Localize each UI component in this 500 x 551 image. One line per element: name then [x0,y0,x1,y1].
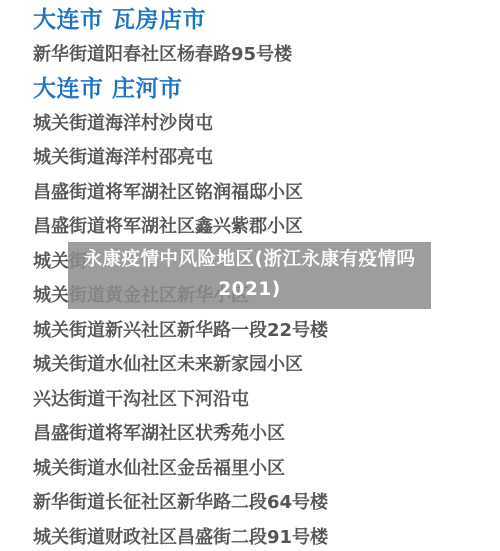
address-item: 新华街道长征社区新华路二段64号楼 [33,486,493,521]
address-item: 城关街道海洋村邵亮屯 [33,141,493,176]
address-item: 昌盛街道将军湖社区状秀苑小区 [33,417,493,452]
address-item: 城关街道新兴社区新华路一段22号楼 [33,314,493,349]
address-item: 城关街道财政社区昌盛街二段91号楼 [33,521,493,551]
address-item: 昌盛街道将军湖社区铭润福邸小区 [33,176,493,211]
address-item: 城关街道水仙社区未来新家园小区 [33,348,493,383]
title-overlay: 永康疫情中风险地区(浙江永康有疫情吗2021) [68,242,431,309]
address-item: 新华街道阳春社区杨春路95号楼 [33,38,493,73]
address-item: 城关街道海洋村沙岗屯 [33,107,493,142]
city-heading: 大连市 瓦房店市 [33,3,493,38]
city-heading: 大连市 庄河市 [33,72,493,107]
address-item: 城关街道水仙社区金岳福里小区 [33,452,493,487]
address-item: 昌盛街道将军湖社区鑫兴紫郡小区 [33,210,493,245]
address-item: 兴达街道干沟社区下河沿屯 [33,383,493,418]
